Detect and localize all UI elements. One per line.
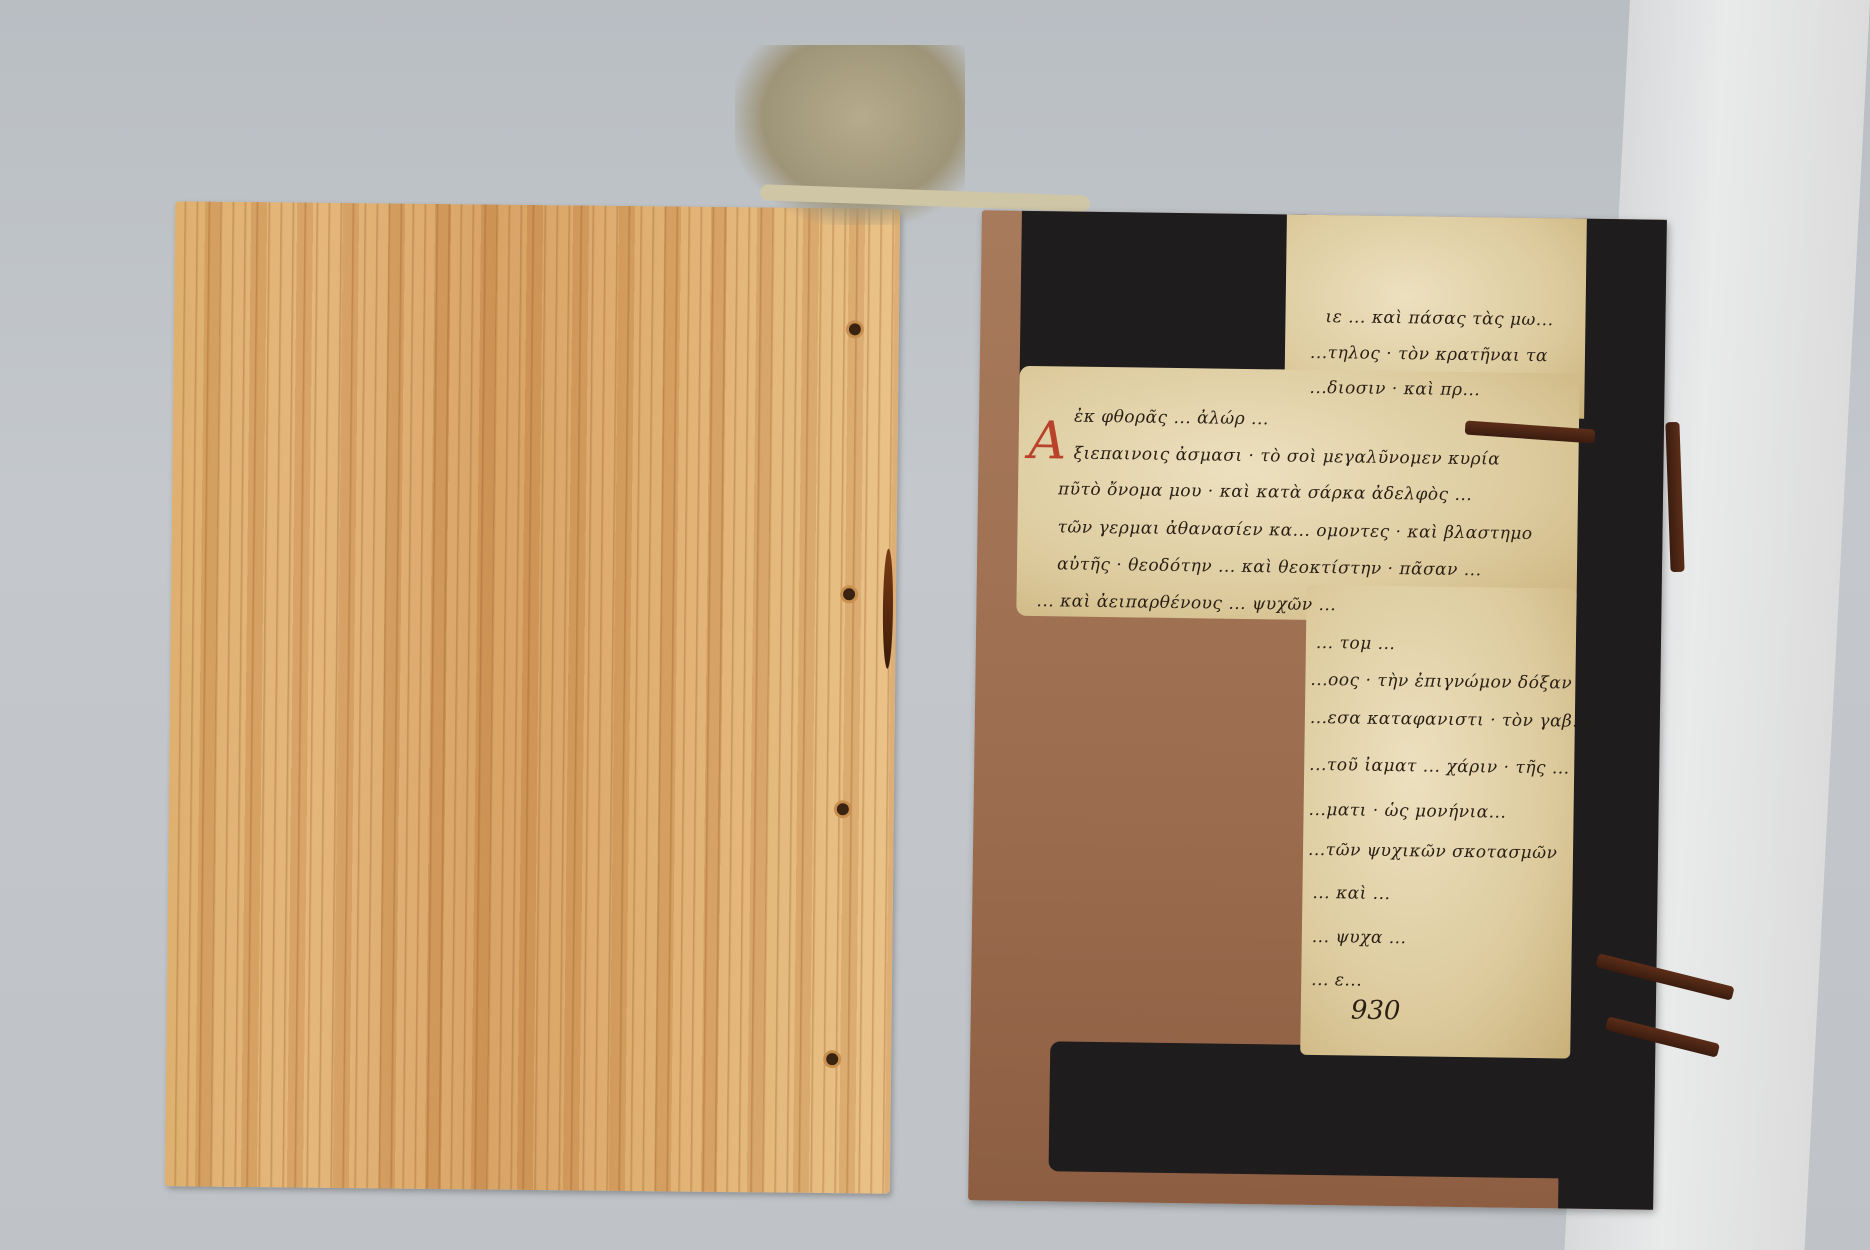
text-line: ...ματι · ὡς μονήνια... <box>1308 800 1506 823</box>
text-line: ... καὶ ἀειπαρθένους ... ψυχῶν ... <box>1036 591 1336 615</box>
manuscript-cover: Α ιε ... καὶ πάσας τὰς μω... ...τηλος · … <box>968 210 1667 1209</box>
wood-knot <box>882 549 893 669</box>
text-line: ...οος · τὴν ἐπιγνώμον δόξαν ... <box>1310 670 1596 694</box>
sewing-hole <box>837 803 849 815</box>
text-line: ... ψυχα ... <box>1312 927 1407 948</box>
text-line: ...διοσιν · καὶ πρ... <box>1309 378 1480 400</box>
wooden-board <box>165 201 900 1194</box>
text-line: ...τῶν ψυχικῶν σκοτασμῶν <box>1308 840 1558 863</box>
sewing-hole <box>826 1053 838 1065</box>
text-line: ...τηλος · τὸν κρατῆναι τα <box>1310 343 1548 366</box>
sewing-hole <box>849 323 861 335</box>
numeral-930: 930 <box>1351 995 1401 1026</box>
text-line: ... τομ ... <box>1316 633 1396 654</box>
text-line: ... ε... <box>1311 970 1362 991</box>
text-line: ...εσα καταφανιστι · τὸν γαβ... <box>1310 708 1590 732</box>
photo-scene: Α ιε ... καὶ πάσας τὰς μω... ...τηλος · … <box>0 0 1870 1250</box>
text-line: ιε ... καὶ πάσας τὰς μω... <box>1325 307 1553 330</box>
text-line: ἐκ φθορᾶς ... ἀλώρ ... <box>1074 407 1269 430</box>
sewing-hole <box>843 588 855 600</box>
text-line: ... καὶ ... <box>1312 883 1390 904</box>
red-initial: Α <box>1028 411 1066 472</box>
leather-fragment-bottom <box>1049 1041 1651 1179</box>
text-line: ...τοῦ ἰαματ ... χάριν · τῆς ... <box>1309 755 1570 779</box>
